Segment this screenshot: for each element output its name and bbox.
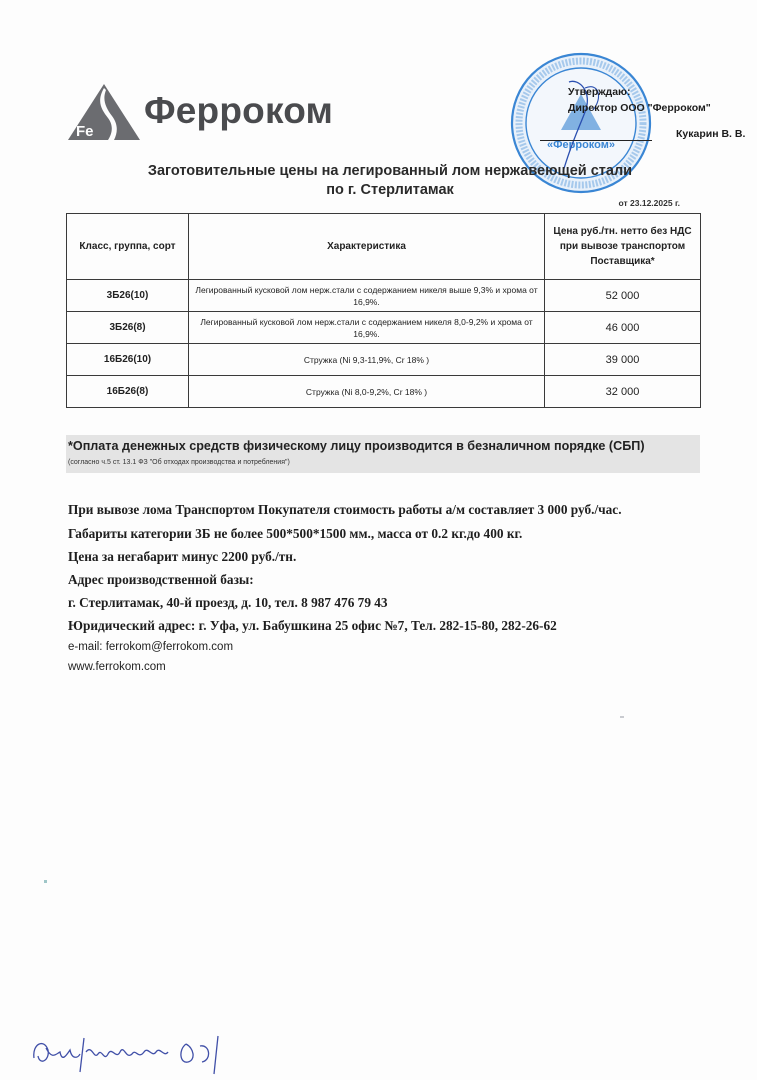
row-price: 46 000: [545, 312, 701, 344]
website-link[interactable]: www.ferrokom.com: [68, 661, 166, 673]
price-table: Класс, группа, сорт Характеристика Цена …: [66, 213, 701, 408]
row-description: Легированный кусковой лом нерж.стали с с…: [189, 280, 545, 312]
scan-speck: [620, 716, 624, 718]
table-row: 16Б26(8) Стружка (Ni 8,0-9,2%, Cr 18% ) …: [67, 376, 701, 408]
email-link[interactable]: e-mail: ferrokom@ferrokom.com: [68, 641, 233, 653]
payment-note-band: *Оплата денежных средств физическому лиц…: [66, 435, 700, 473]
table-header-row: Класс, группа, сорт Характеристика Цена …: [67, 214, 701, 280]
row-price: 39 000: [545, 344, 701, 376]
approval-signer: Кукарин В. В.: [676, 126, 745, 142]
transport-cost-line: При вывозе лома Транспортом Покупателя с…: [68, 502, 622, 518]
approval-position: Директор ООО "Ферроком": [568, 100, 711, 116]
production-address: г. Стерлитамак, 40-й проезд, д. 10, тел.…: [68, 595, 388, 611]
payment-note: *Оплата денежных средств физическому лиц…: [68, 439, 645, 453]
signature-stroke: [34, 1036, 218, 1074]
row-class: 3Б26(10): [67, 280, 189, 312]
row-price: 52 000: [545, 280, 701, 312]
scan-speck: [44, 880, 47, 883]
row-class: 3Б26(8): [67, 312, 189, 344]
approval-label: Утверждаю:: [568, 84, 631, 100]
company-name: Ферроком: [144, 90, 333, 132]
svg-text:Fe: Fe: [76, 123, 94, 140]
handwritten-signature: [28, 1030, 248, 1078]
document-title: Заготовительные цены на легированный лом…: [100, 162, 680, 200]
dimensions-line: Габариты категории 3Б не более 500*500*1…: [68, 526, 522, 542]
legal-address: Юридический адрес: г. Уфа, ул. Бабушкина…: [68, 618, 557, 634]
table-row: 3Б26(8) Легированный кусковой лом нерж.с…: [67, 312, 701, 344]
document-date: от 23.12.2025 г.: [540, 198, 680, 208]
signature-line: [540, 140, 652, 141]
row-description: Стружка (Ni 9,3-11,9%, Cr 18% ): [189, 344, 545, 376]
header-price: Цена руб./тн. нетто без НДС при вывозе т…: [545, 214, 701, 280]
row-description: Стружка (Ni 8,0-9,2%, Cr 18% ): [189, 376, 545, 408]
payment-reference: (согласно ч.5 ст. 13.1 ФЗ "Об отходах пр…: [68, 459, 290, 466]
company-logo: Fe Ферроком: [68, 84, 358, 140]
title-line-1: Заготовительные цены на легированный лом…: [100, 162, 680, 181]
row-price: 32 000: [545, 376, 701, 408]
row-class: 16Б26(8): [67, 376, 189, 408]
table-row: 16Б26(10) Стружка (Ni 9,3-11,9%, Cr 18% …: [67, 344, 701, 376]
row-description: Легированный кусковой лом нерж.стали с с…: [189, 312, 545, 344]
production-address-label: Адрес производственной базы:: [68, 572, 254, 588]
header-description: Характеристика: [189, 214, 545, 280]
header-class: Класс, группа, сорт: [67, 214, 189, 280]
oversize-price-line: Цена за негабарит минус 2200 руб./тн.: [68, 549, 296, 565]
row-class: 16Б26(10): [67, 344, 189, 376]
table-row: 3Б26(10) Легированный кусковой лом нерж.…: [67, 280, 701, 312]
logo-triangle-icon: Fe: [68, 84, 140, 140]
